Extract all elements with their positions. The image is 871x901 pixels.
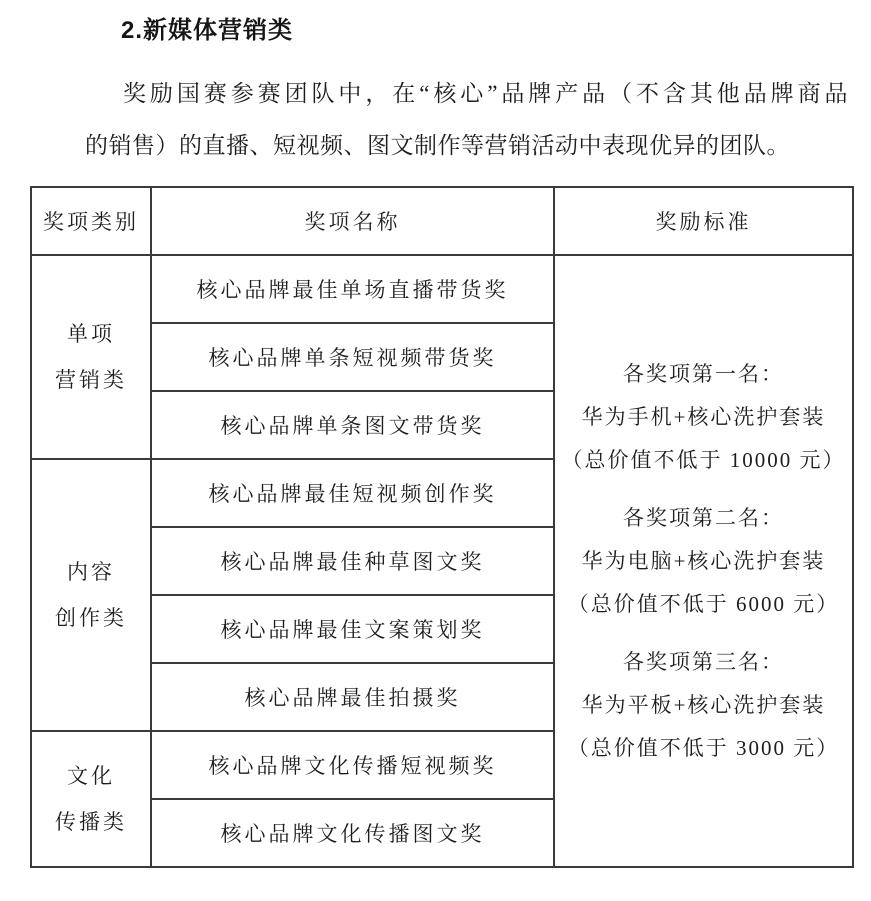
intro-paragraph-line-1: 奖励国赛参赛团队中，在“核心”品牌产品（不含其他品牌商品	[85, 68, 848, 120]
award-name-cell: 核心品牌文化传播图文奖	[151, 799, 554, 867]
reward-tier-first: 各奖项第一名： 华为手机+核心洗护套装 （总价值不低于 10000 元）	[559, 353, 848, 482]
header-award-category: 奖项类别	[31, 187, 151, 255]
reward-tier-prize: 华为手机+核心洗护套装	[559, 396, 848, 439]
award-name-cell: 核心品牌最佳种草图文奖	[151, 527, 554, 595]
award-name-cell: 核心品牌最佳拍摄奖	[151, 663, 554, 731]
award-name-cell: 核心品牌单条图文带货奖	[151, 391, 554, 459]
reward-tier-value: （总价值不低于 10000 元）	[559, 439, 848, 482]
section-heading: 2.新媒体营销类	[121, 10, 293, 45]
reward-tier-second: 各奖项第二名： 华为电脑+核心洗护套装 （总价值不低于 6000 元）	[559, 497, 848, 626]
reward-tier-title: 各奖项第三名：	[559, 641, 848, 684]
category-cell-culture-spread: 文化 传播类	[31, 731, 151, 867]
award-name-cell: 核心品牌最佳文案策划奖	[151, 595, 554, 663]
reward-tier-value: （总价值不低于 6000 元）	[559, 583, 848, 626]
award-name-cell: 核心品牌最佳短视频创作奖	[151, 459, 554, 527]
reward-tier-third: 各奖项第三名： 华为平板+核心洗护套装 （总价值不低于 3000 元）	[559, 641, 848, 770]
table-header-row: 奖项类别 奖项名称 奖励标准	[31, 187, 853, 255]
reward-tier-value: （总价值不低于 3000 元）	[559, 727, 848, 770]
award-name-cell: 核心品牌最佳单场直播带货奖	[151, 255, 554, 323]
reward-tier-title: 各奖项第二名：	[559, 497, 848, 540]
intro-paragraph: 奖励国赛参赛团队中，在“核心”品牌产品（不含其他品牌商品 的销售）的直播、短视频…	[85, 68, 848, 172]
reward-tier-title: 各奖项第一名：	[559, 353, 848, 396]
award-name-cell: 核心品牌文化传播短视频奖	[151, 731, 554, 799]
category-cell-content-creation: 内容 创作类	[31, 459, 151, 731]
table-row: 单项 营销类 核心品牌最佳单场直播带货奖 各奖项第一名： 华为手机+核心洗护套装…	[31, 255, 853, 323]
reward-tier-prize: 华为电脑+核心洗护套装	[559, 540, 848, 583]
reward-tier-prize: 华为平板+核心洗护套装	[559, 684, 848, 727]
intro-paragraph-line-2: 的销售）的直播、短视频、图文制作等营销活动中表现优异的团队。	[85, 120, 848, 172]
award-table: 奖项类别 奖项名称 奖励标准 单项 营销类 核心品牌最佳单场直播带货奖 各奖项第…	[30, 186, 854, 868]
header-award-name: 奖项名称	[151, 187, 554, 255]
header-reward-standard: 奖励标准	[554, 187, 853, 255]
category-cell-single-marketing: 单项 营销类	[31, 255, 151, 459]
reward-standard-cell: 各奖项第一名： 华为手机+核心洗护套装 （总价值不低于 10000 元） 各奖项…	[554, 255, 853, 867]
award-name-cell: 核心品牌单条短视频带货奖	[151, 323, 554, 391]
